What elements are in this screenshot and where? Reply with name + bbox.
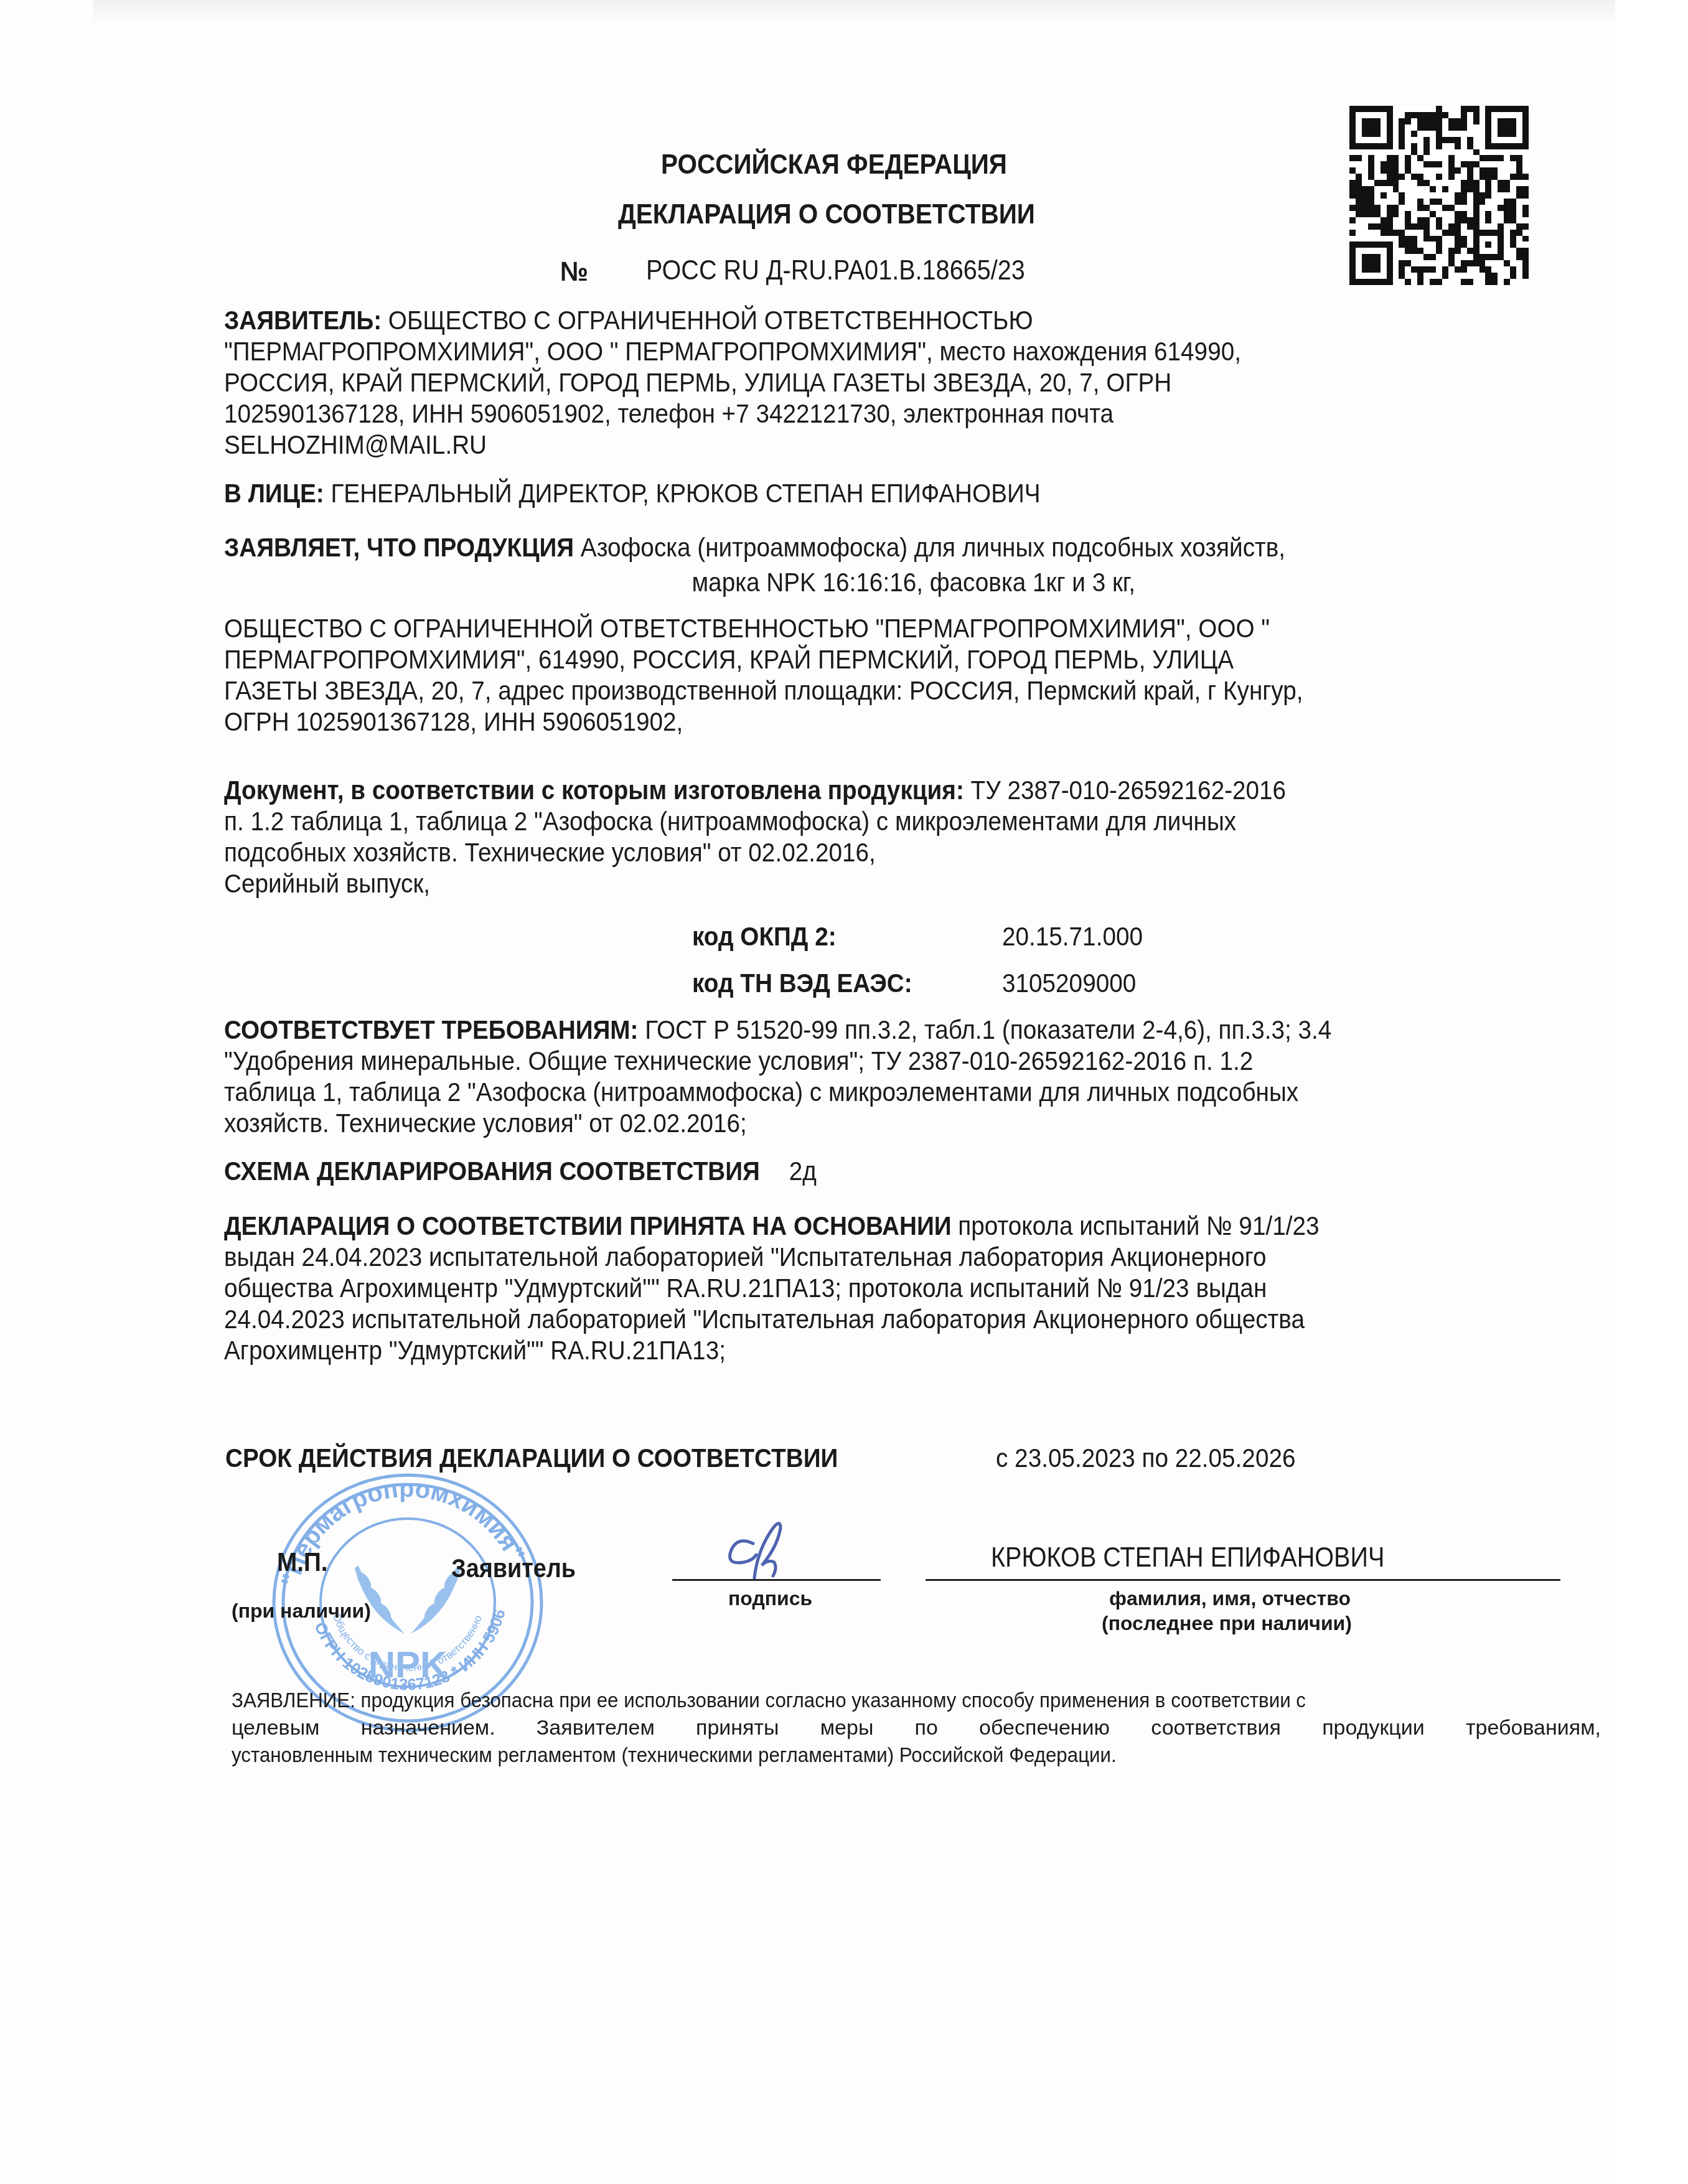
signature-icon [716, 1519, 815, 1581]
basis-protocol: протокола испытаний № 91/1/23 [952, 1211, 1320, 1241]
applicant-signature-label: Заявитель [451, 1553, 576, 1584]
stamp-center-text: NPK [368, 1644, 448, 1685]
production-document-spec: ТУ 2387-010-26592162-2016 [964, 776, 1286, 805]
statement-label: ЗАЯВЛЕНИЕ: [232, 1689, 355, 1712]
requirements-section: СООТВЕТСТВУЕТ ТРЕБОВАНИЯМ: ГОСТ Р 51520-… [224, 1015, 1445, 1139]
production-document-label: Документ, в соответствии с которым изгот… [224, 776, 964, 805]
applicant-line: ОБЩЕСТВО С ОГРАНИЧЕННОЙ ОТВЕТСТВЕННОСТЬЮ [382, 306, 1033, 335]
basis-line: 24.04.2023 испытательной лабораторией "И… [224, 1304, 1445, 1335]
statement-word: назначением. [361, 1714, 495, 1741]
name-caption-note: (последнее при наличии) [1102, 1612, 1352, 1635]
statement-word: меры [820, 1714, 874, 1741]
manufacturer-line: ОБЩЕСТВО С ОГРАНИЧЕННОЙ ОТВЕТСТВЕННОСТЬЮ… [224, 613, 1445, 644]
basis-line: Агрохимцентр "Удмуртский"" RA.RU.21ПА13; [224, 1335, 1445, 1366]
scan-shadow [93, 0, 1618, 25]
okpd-label: код ОКПД 2: [692, 921, 837, 952]
tnved-value: 3105209000 [1002, 968, 1136, 999]
declaration-page: РОССИЙСКАЯ ФЕДЕРАЦИЯ ДЕКЛАРАЦИЯ О СООТВЕ… [0, 0, 1688, 2184]
seal-note: (при наличии) [232, 1600, 371, 1623]
statement-word: продукции [1322, 1714, 1425, 1741]
manufacturer-line: ГАЗЕТЫ ЗВЕЗДА, 20, 7, адрес производстве… [224, 675, 1445, 706]
statement-word: требованиям, [1466, 1714, 1601, 1741]
validity-dates: с 23.05.2023 по 22.05.2026 [996, 1443, 1295, 1474]
statement-word: обеспечению [979, 1714, 1110, 1741]
applicant-email: SELHOZHIM@MAIL.RU [224, 429, 1445, 461]
scheme-label: СХЕМА ДЕКЛАРИРОВАНИЯ СООТВЕТСТВИЯ [224, 1156, 760, 1186]
scheme-value: 2д [760, 1156, 817, 1186]
applicant-line: "ПЕРМАГРОПРОМХИМИЯ", ООО " ПЕРМАГРОПРОМХ… [224, 336, 1445, 367]
signature-line [672, 1579, 881, 1581]
statement-line-2: целевымназначением.Заявителемпринятымеры… [232, 1714, 1601, 1741]
country-title: РОССИЙСКАЯ ФЕДЕРАЦИЯ [661, 149, 1007, 180]
represented-by-label: В ЛИЦЕ: [224, 479, 324, 509]
signer-name: КРЮКОВ СТЕПАН ЕПИФАНОВИЧ [991, 1542, 1384, 1573]
statement-word: приняты [696, 1714, 779, 1741]
statement-word: соответствия [1151, 1714, 1281, 1741]
basis-line: общества Агрохимцентр "Удмуртский"" RA.R… [224, 1273, 1445, 1304]
requirements-line: таблица 1, таблица 2 "Азофоска (нитроамм… [224, 1077, 1445, 1108]
seal-label: М.П. [277, 1547, 328, 1578]
number-label: № [560, 256, 588, 288]
document-title: ДЕКЛАРАЦИЯ О СООТВЕТСТВИИ [618, 199, 1035, 230]
production-document-line: п. 1.2 таблица 1, таблица 2 "Азофоска (н… [224, 806, 1445, 837]
manufacturer-section: ОБЩЕСТВО С ОГРАНИЧЕННОЙ ОТВЕТСТВЕННОСТЬЮ… [224, 613, 1445, 738]
basis-label: ДЕКЛАРАЦИЯ О СООТВЕТСТВИИ ПРИНЯТА НА ОСН… [224, 1211, 952, 1241]
tnved-label: код ТН ВЭД ЕАЭС: [692, 968, 912, 999]
requirements-standard: ГОСТ Р 51520-99 пп.3.2, табл.1 (показате… [638, 1015, 1331, 1045]
basis-section: ДЕКЛАРАЦИЯ О СООТВЕТСТВИИ ПРИНЯТА НА ОСН… [224, 1211, 1445, 1366]
statement-word: Заявителем [537, 1714, 655, 1741]
okpd-value: 20.15.71.000 [1002, 921, 1143, 952]
scan-margin [1615, 0, 1688, 2184]
basis-line: выдан 24.04.2023 испытательной лаборатор… [224, 1242, 1445, 1273]
production-document-section: Документ, в соответствии с которым изгот… [224, 775, 1445, 899]
name-caption: фамилия, имя, отчество [1109, 1587, 1351, 1610]
applicant-line: РОССИЯ, КРАЙ ПЕРМСКИЙ, ГОРОД ПЕРМЬ, УЛИЦ… [224, 367, 1445, 398]
production-document-line: подсобных хозяйств. Технические условия"… [224, 837, 1445, 868]
declaration-number: РОСС RU Д-RU.РА01.В.18665/23 [646, 255, 1025, 286]
requirements-line: "Удобрения минеральные. Общие технически… [224, 1046, 1445, 1077]
qr-code-icon [1349, 106, 1529, 285]
represented-by: В ЛИЦЕ: ГЕНЕРАЛЬНЫЙ ДИРЕКТОР, КРЮКОВ СТЕ… [224, 478, 1445, 509]
statement-line-1: продукция безопасна при ее использовании… [361, 1689, 1306, 1712]
statement-word: по [915, 1714, 938, 1741]
name-line [926, 1579, 1560, 1581]
requirements-line: хозяйств. Технические условия" от 02.02.… [224, 1108, 1445, 1139]
product-section: ЗАЯВЛЯЕТ, ЧТО ПРОДУКЦИЯ Азофоска (нитроа… [224, 532, 1445, 598]
product-label: ЗАЯВЛЯЕТ, ЧТО ПРОДУКЦИЯ [224, 533, 574, 563]
manufacturer-line: ОГРН 1025901367128, ИНН 5906051902, [224, 706, 1445, 738]
product-name: Азофоска (нитроаммофоска) для личных под… [574, 533, 1285, 563]
statement-line-3: установленным техническим регламентом (т… [232, 1741, 1491, 1769]
signature-caption: подпись [728, 1587, 812, 1610]
product-grade: марка NPK 16:16:16, фасовка 1кг и 3 кг, [224, 567, 1445, 598]
represented-by-value: ГЕНЕРАЛЬНЫЙ ДИРЕКТОР, КРЮКОВ СТЕПАН ЕПИФ… [324, 479, 1041, 509]
applicant-label: ЗАЯВИТЕЛЬ: [224, 306, 382, 335]
applicant-section: ЗАЯВИТЕЛЬ: ОБЩЕСТВО С ОГРАНИЧЕННОЙ ОТВЕТ… [224, 305, 1445, 461]
statement-section: ЗАЯВЛЕНИЕ: продукция безопасна при ее ис… [232, 1687, 1601, 1769]
manufacturer-line: ПЕРМАГРОПРОМХИМИЯ", 614990, РОССИЯ, КРАЙ… [224, 644, 1445, 675]
requirements-label: СООТВЕТСТВУЕТ ТРЕБОВАНИЯМ: [224, 1015, 638, 1045]
scheme-section: СХЕМА ДЕКЛАРИРОВАНИЯ СООТВЕТСТВИЯ2д [224, 1156, 1445, 1187]
production-document-line: Серийный выпуск, [224, 868, 1445, 899]
applicant-line: 1025901367128, ИНН 5906051902, телефон +… [224, 398, 1445, 429]
statement-word: целевым [232, 1714, 320, 1741]
